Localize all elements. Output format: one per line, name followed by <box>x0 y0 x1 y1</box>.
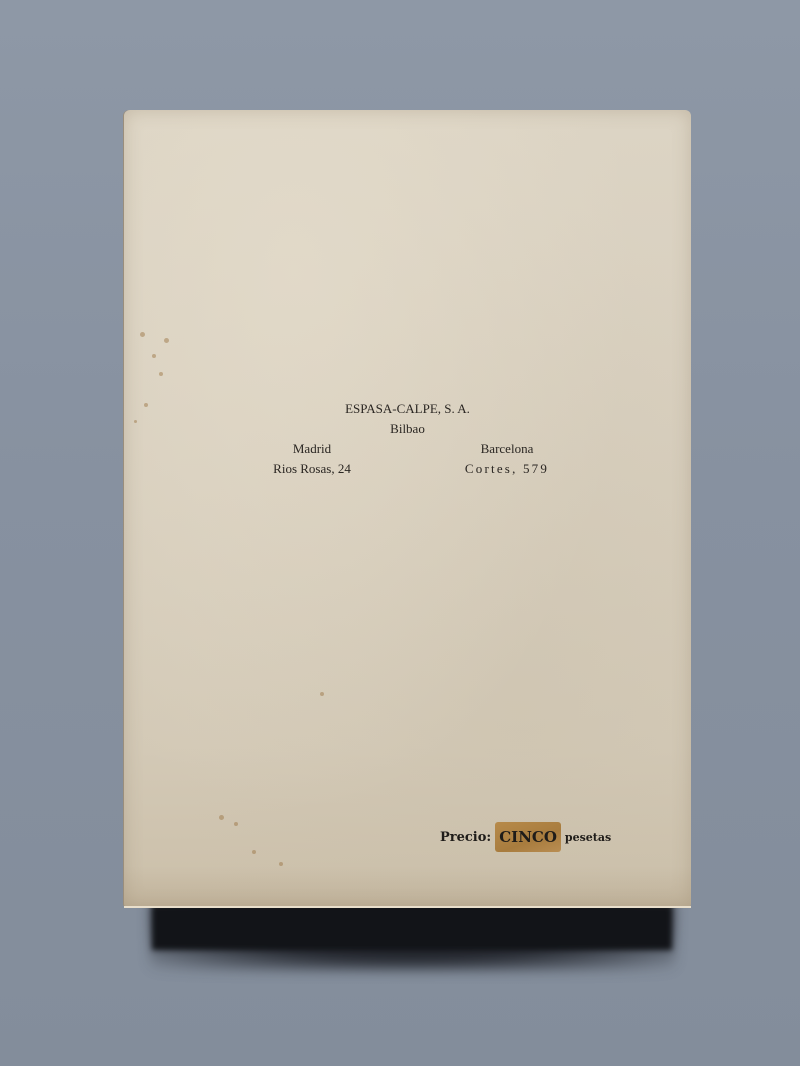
foxing-spot <box>164 338 169 343</box>
price-sticker: CINCO <box>495 822 561 852</box>
foxing-spot <box>159 372 163 376</box>
madrid-address: Rios Rosas, 24 <box>257 459 367 479</box>
barcelona-city: Barcelona <box>457 439 557 459</box>
price-line: Precio: CINCO pesetas <box>440 822 611 852</box>
foxing-spot <box>279 862 283 866</box>
foxing-spot <box>252 850 256 854</box>
price-label: Precio: <box>440 830 491 845</box>
madrid-office: Madrid Rios Rosas, 24 <box>257 439 367 479</box>
publisher-name: ESPASA-CALPE, S. A. <box>124 399 691 419</box>
publisher-city: Bilbao <box>124 419 691 439</box>
book-shadow-core <box>152 905 672 950</box>
publisher-imprint: ESPASA-CALPE, S. A. Bilbao Madrid Rios R… <box>124 399 691 439</box>
barcelona-office: Barcelona Cortes, 579 <box>457 439 557 479</box>
foxing-spot <box>152 354 156 358</box>
madrid-city: Madrid <box>257 439 367 459</box>
foxing-spot <box>320 692 324 696</box>
book-back-cover: ESPASA-CALPE, S. A. Bilbao Madrid Rios R… <box>124 110 691 908</box>
barcelona-address: Cortes, 579 <box>457 459 557 479</box>
price-unit: pesetas <box>565 831 611 844</box>
foxing-spot <box>219 815 224 820</box>
foxing-spot <box>234 822 238 826</box>
foxing-spot <box>140 332 145 337</box>
